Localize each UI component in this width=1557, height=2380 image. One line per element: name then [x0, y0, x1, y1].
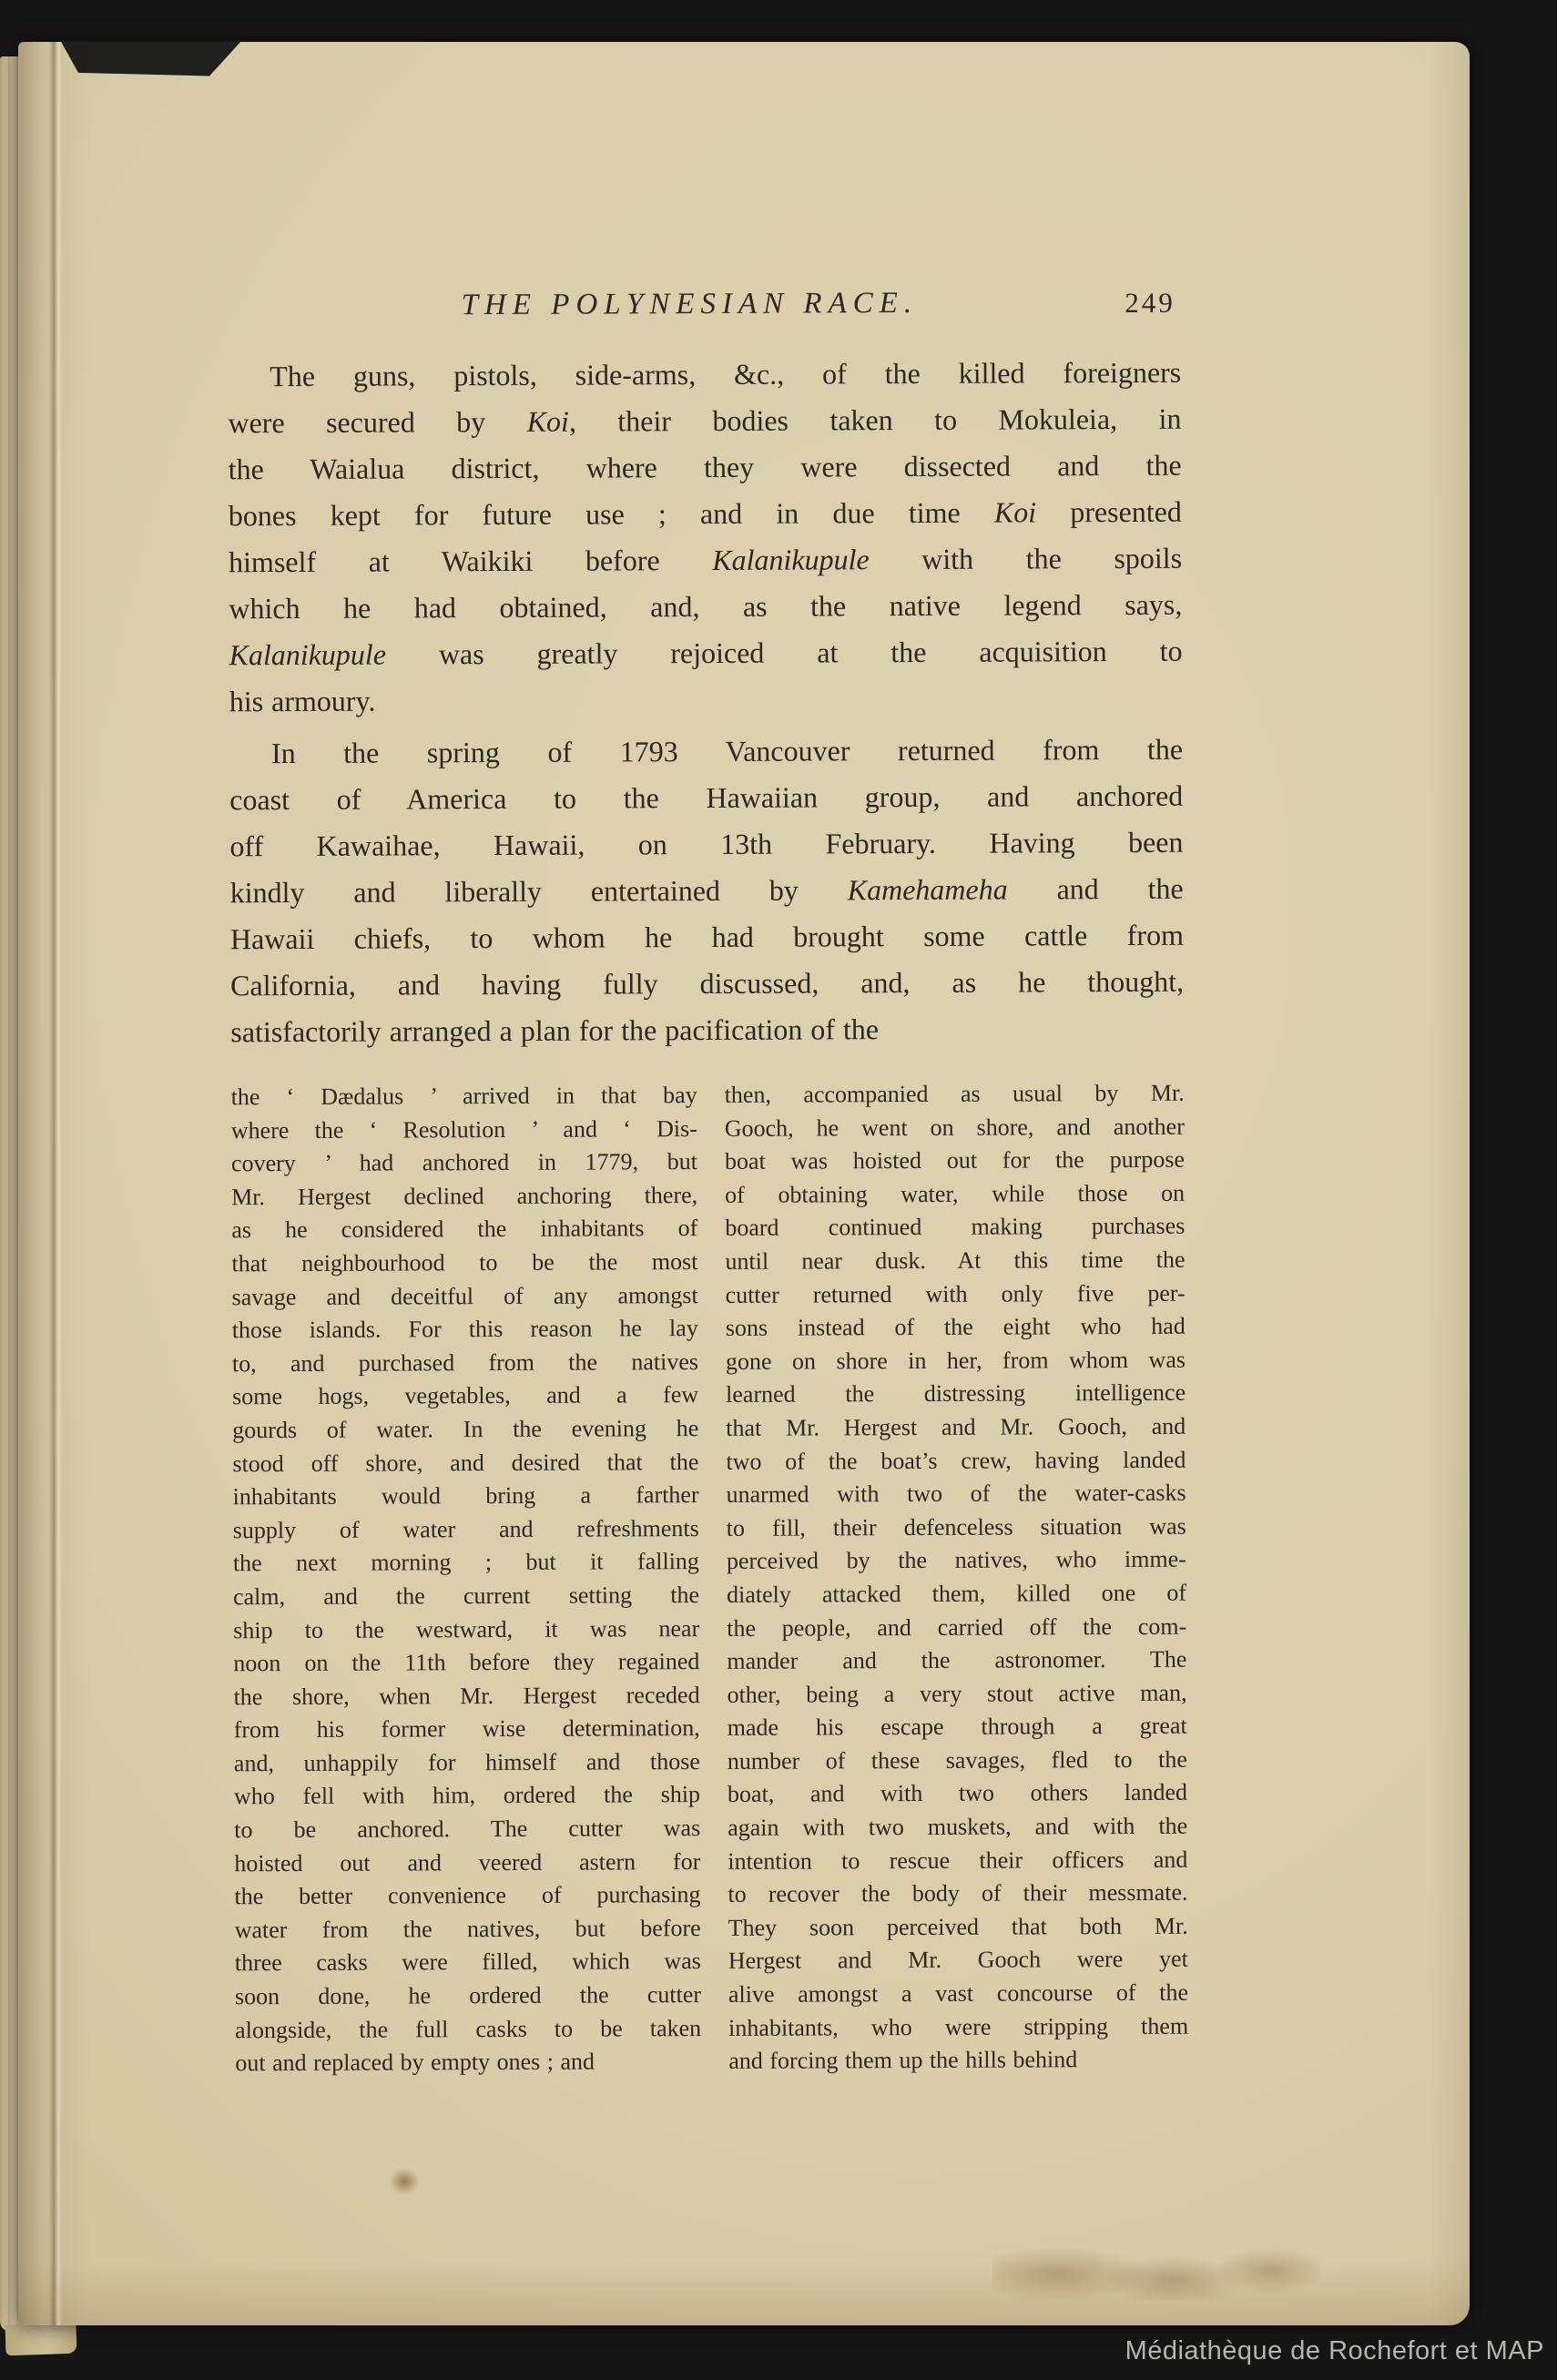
text-line: unarmed with two of the water-casks — [727, 1477, 1186, 1512]
footnote-column-left: the ‘ Dædalus ’ arrived in that baywhere… — [231, 1079, 702, 2080]
text-line: covery ’ had anchored in 1779, but — [231, 1145, 697, 1181]
text-line: Kalanikupule was greatly rejoiced at the… — [229, 628, 1182, 679]
text-line: that Mr. Hergest and Mr. Gooch, and — [726, 1410, 1186, 1446]
text-line: In the spring of 1793 Vancouver returned… — [229, 727, 1183, 778]
text-line: cutter returned with only five per- — [726, 1276, 1186, 1312]
text-line: the Waialua district, where they were di… — [229, 442, 1182, 493]
text-line: diately attacked them, killed one of — [727, 1577, 1186, 1612]
text-line: boat, and with two others landed — [728, 1776, 1187, 1812]
text-line: and, unhappily for himself and those — [234, 1745, 700, 1781]
text-line: gourds of water. In the evening he — [232, 1412, 698, 1448]
text-line: the people, and carried off the com- — [727, 1610, 1186, 1645]
text-line: two of the boat’s crew, having landed — [726, 1443, 1186, 1479]
main-text-block: The guns, pistols, side-arms, &c., of th… — [228, 350, 1184, 1056]
text-line: the better convenience of purchasing — [234, 1878, 700, 1914]
text-line: of obtaining water, while those on — [725, 1176, 1185, 1212]
text-line: to fill, their defenceless situation was — [727, 1510, 1186, 1545]
text-line: ship to the westward, it was near — [233, 1612, 699, 1648]
text-line: satisfactorily arranged a plan for the p… — [230, 1005, 1184, 1056]
text-line: Gooch, he went on shore, and another — [725, 1110, 1185, 1145]
text-line: those islands. For this reason he lay — [232, 1312, 698, 1348]
text-line: California, and having fully discussed, … — [230, 959, 1184, 1010]
text-line: other, being a very stout active man, — [727, 1676, 1186, 1712]
text-line: water from the natives, but before — [235, 1912, 701, 1948]
scan-background: { "header": { "title": "THE POLYNESIAN R… — [0, 0, 1557, 2380]
text-line: alongside, the full casks to be taken — [235, 2012, 701, 2048]
page-header: THE POLYNESIAN RACE. 249 — [228, 286, 1181, 331]
text-line: which he had obtained, and, as the nativ… — [229, 582, 1182, 633]
text-line: soon done, he ordered the cutter — [235, 1978, 701, 2014]
text-line: were secured by Koi, their bodies taken … — [228, 396, 1181, 447]
text-line: the ‘ Dædalus ’ arrived in that bay — [231, 1079, 697, 1114]
library-watermark: Médiathèque de Rochefort et MAP — [1125, 2336, 1544, 2366]
paragraph-1: The guns, pistols, side-arms, &c., of th… — [228, 350, 1183, 726]
text-line: sons instead of the eight who had — [726, 1310, 1186, 1346]
text-line: until near dusk. At this time the — [725, 1244, 1185, 1279]
text-line: kindly and liberally entertained by Kame… — [230, 866, 1184, 917]
text-line: the shore, when Mr. Hergest receded — [233, 1679, 699, 1714]
running-title: THE POLYNESIAN RACE. — [213, 286, 1166, 324]
torn-corner-shadow — [60, 40, 242, 82]
text-line: off Kawaihae, Hawaii, on 13th February. … — [229, 819, 1183, 870]
page-number: 249 — [1124, 287, 1175, 320]
text-line: perceived by the natives, who imme- — [727, 1543, 1186, 1579]
text-line: out and replaced by empty ones ; and — [235, 2045, 701, 2080]
text-line: and forcing them up the hills behind — [728, 2043, 1188, 2079]
text-line: Hergest and Mr. Gooch were yet — [728, 1943, 1188, 1978]
text-line: as he considered the inhabitants of — [231, 1212, 697, 1247]
text-line: inhabitants, who were stripping them — [728, 2009, 1188, 2045]
text-line: learned the distressing intelligence — [726, 1377, 1186, 1412]
text-line: again with two muskets, and with the — [728, 1810, 1187, 1846]
footnotes-block: the ‘ Dædalus ’ arrived in that baywhere… — [231, 1077, 1189, 2080]
text-line: three casks were filled, which was — [235, 1945, 701, 1980]
text-line: calm, and the current setting the — [233, 1579, 699, 1614]
text-line: himself at Waikiki before Kalanikupule w… — [229, 535, 1182, 586]
paragraph-2: In the spring of 1793 Vancouver returned… — [229, 727, 1185, 1056]
text-line: coast of America to the Hawaiian group, … — [229, 773, 1183, 824]
text-line: where the ‘ Resolution ’ and ‘ Dis- — [231, 1113, 697, 1148]
text-line: to recover the body of their messmate. — [728, 1877, 1187, 1912]
text-line: The guns, pistols, side-arms, &c., of th… — [228, 350, 1181, 401]
text-line: savage and deceitful of any amongst — [232, 1279, 698, 1315]
text-line: Hawaii chiefs, to whom he had brought so… — [230, 912, 1184, 963]
text-line: the next morning ; but it falling — [233, 1545, 699, 1581]
text-line: some hogs, vegetables, and a few — [232, 1378, 698, 1414]
text-line: alive amongst a vast concourse of the — [728, 1977, 1188, 2012]
text-line: noon on the 11th before they regained — [233, 1645, 699, 1681]
text-line: who fell with him, ordered the ship — [234, 1779, 700, 1815]
text-line: supply of water and refreshments — [233, 1512, 699, 1548]
footnote-column-right: then, accompanied as usual by Mr.Gooch, … — [725, 1077, 1189, 2079]
text-line: gone on shore in her, from whom was — [726, 1343, 1186, 1378]
text-line: stood off shore, and desired that the — [232, 1446, 698, 1481]
text-line: inhabitants would bring a farther — [233, 1479, 699, 1514]
text-line: to be anchored. The cutter was — [234, 1812, 700, 1847]
underlying-page-sliver — [5, 2323, 76, 2356]
text-line: boat was hoisted out for the purpose — [725, 1144, 1185, 1179]
text-line: made his escape through a great — [728, 1710, 1187, 1745]
text-line: board continued making purchases — [725, 1210, 1185, 1246]
text-line: mander and the astronomer. The — [727, 1643, 1186, 1679]
gutter-crease — [49, 42, 62, 2325]
book-page: THE POLYNESIAN RACE. 249 The guns, pisto… — [18, 42, 1470, 2325]
text-line: Mr. Hergest declined anchoring there, — [231, 1179, 697, 1215]
text-line: intention to rescue their officers and — [728, 1843, 1187, 1878]
text-line: hoisted out and veered astern for — [234, 1846, 700, 1881]
text-line: from his former wise determination, — [234, 1712, 700, 1747]
text-line: his armoury. — [229, 675, 1183, 726]
text-line: They soon perceived that both Mr. — [728, 1910, 1188, 1946]
page-content: THE POLYNESIAN RACE. 249 The guns, pisto… — [227, 40, 1190, 2328]
text-line: then, accompanied as usual by Mr. — [725, 1077, 1185, 1113]
text-line: number of these savages, fled to the — [728, 1744, 1187, 1779]
text-line: bones kept for future use ; and in due t… — [229, 489, 1182, 540]
text-line: that neighbourhood to be the most — [231, 1246, 697, 1281]
text-line: to, and purchased from the natives — [232, 1346, 698, 1381]
